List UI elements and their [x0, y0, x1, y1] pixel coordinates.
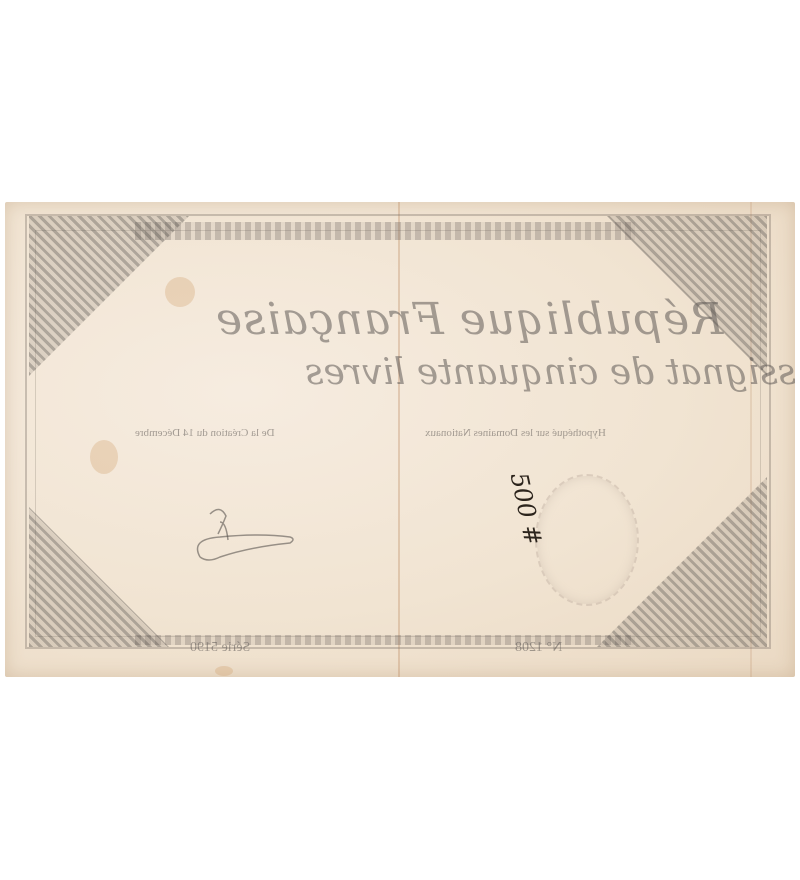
mirrored-small-line-1: De la Création du 14 Décembre — [135, 427, 275, 439]
serie-number: Série 5190 — [190, 640, 250, 656]
mirrored-title-text: Assignat de cinquante livres — [305, 352, 795, 393]
top-border-band — [135, 222, 635, 240]
signature-icon — [180, 502, 300, 572]
note-number: N° 1208 — [515, 640, 562, 656]
foxing-stain — [215, 666, 233, 676]
banknote: République Française Assignat de cinquan… — [5, 202, 795, 677]
mirrored-small-line-2: Hypothéqué sur les Domaines Nationaux — [425, 427, 606, 439]
embossed-seal — [535, 474, 639, 606]
mirrored-header-text: République Française — [215, 294, 723, 345]
